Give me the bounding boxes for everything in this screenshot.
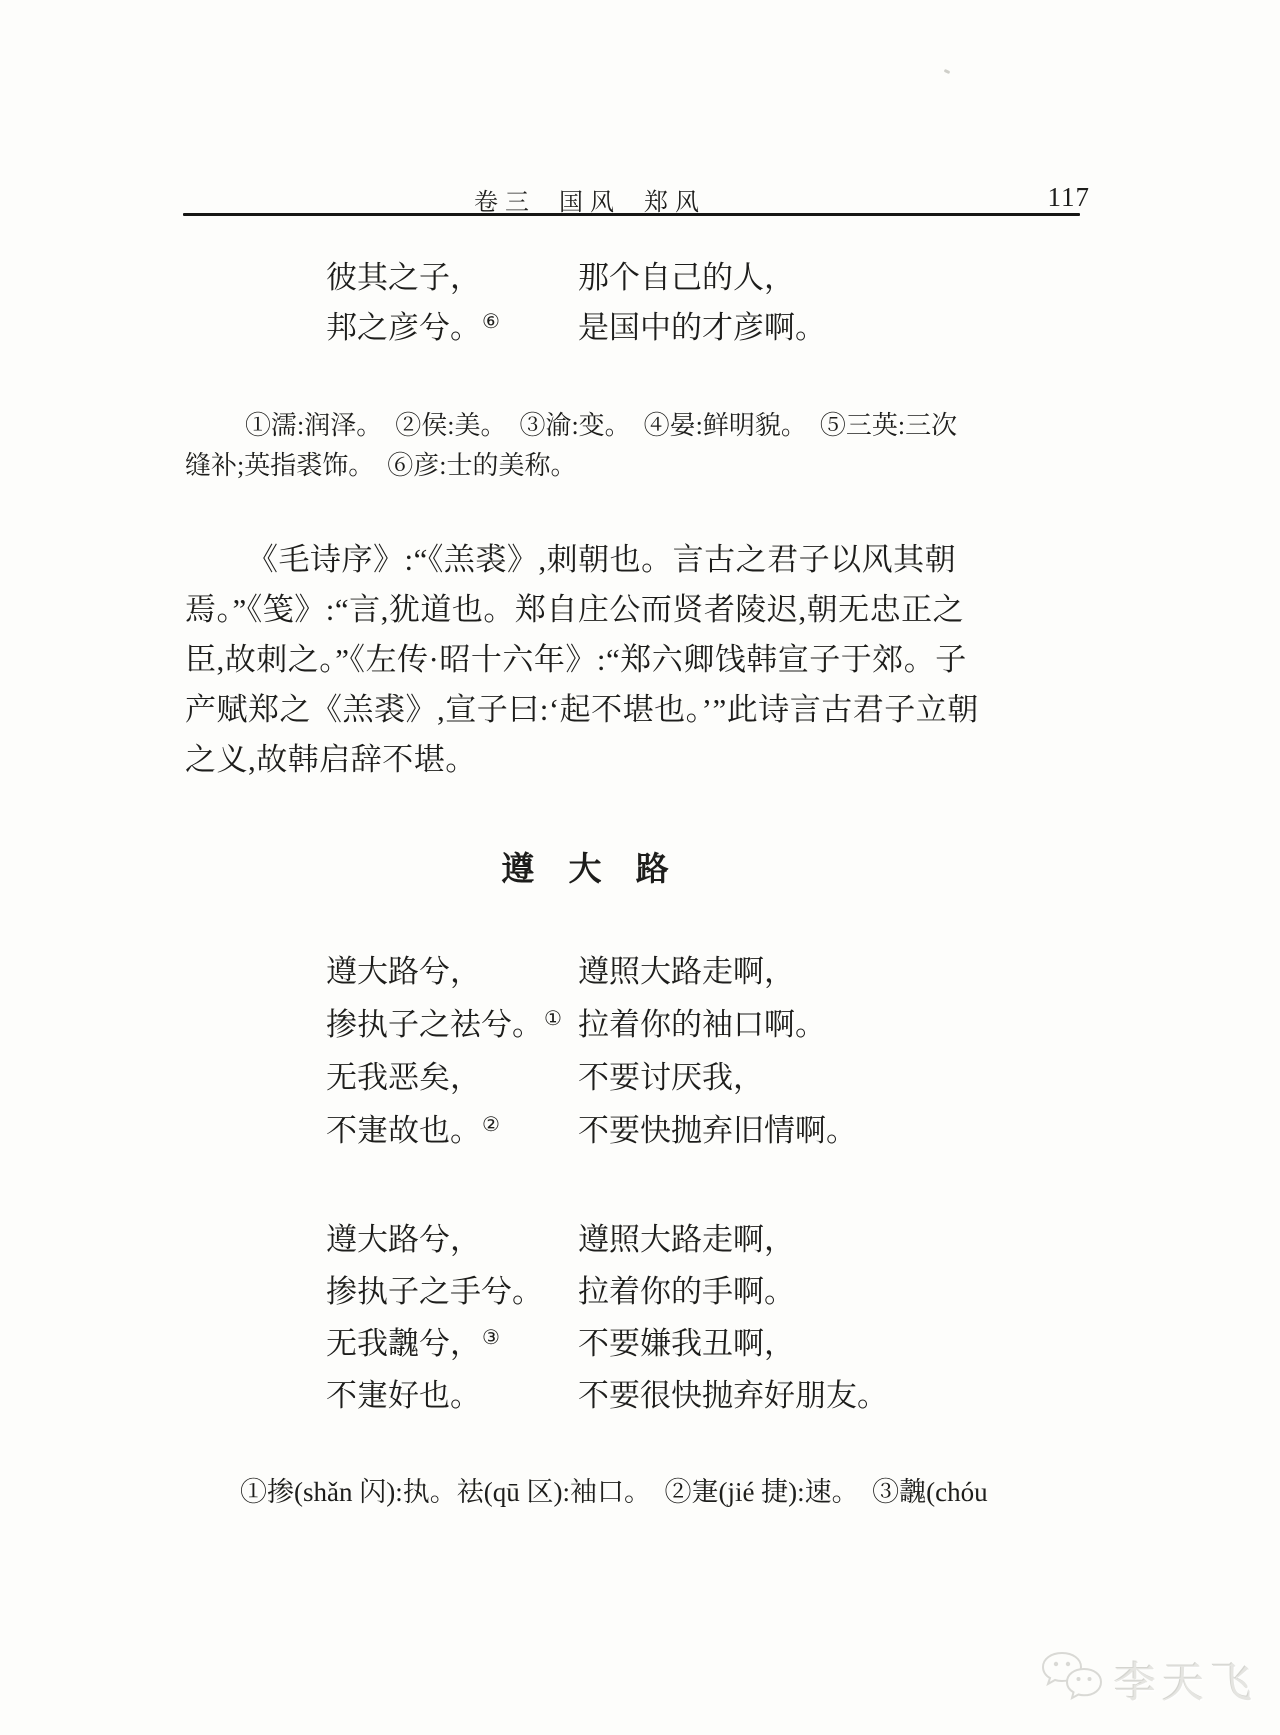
gaoqiu-footnotes: ①濡:润泽。 ②侯:美。 ③渝:变。 ④晏:鲜明貌。 ⑤三英:三次 缝补;英指裘… xyxy=(185,406,1045,486)
verse-line: 不寁故也。 xyxy=(326,1113,481,1148)
poem-row: 掺执子之手兮。 拉着你的手啊。 xyxy=(326,1266,1030,1318)
footnote-ref: ③ xyxy=(482,1327,500,1349)
verse-line: 掺执子之手兮。 xyxy=(326,1274,543,1309)
poem-row: 不寁故也。② 不要快抛弃旧情啊。 xyxy=(326,1105,1030,1158)
translation-line: 不要快抛弃旧情啊。 xyxy=(578,1113,857,1148)
translation-line: 拉着你的手啊。 xyxy=(578,1274,795,1309)
translation-line: 那个自己的人， xyxy=(578,260,795,295)
verse-line: 不寁好也。 xyxy=(326,1378,481,1413)
poem-title: 遵 大 路 xyxy=(185,843,985,890)
translation-line: 不要讨厌我， xyxy=(578,1060,764,1095)
translation-line: 不要很快抛弃好朋友。 xyxy=(578,1378,888,1413)
watermark-text: 李天飞 xyxy=(1114,1650,1258,1710)
poem-row: 无我魗兮，③ 不要嫌我丑啊， xyxy=(326,1318,1030,1370)
poem-row: 不寁好也。 不要很快抛弃好朋友。 xyxy=(326,1370,1030,1422)
verse-line: 掺执子之祛兮。 xyxy=(326,1007,543,1042)
footnote-line: 缝补;英指裘饰。 ⑥彦:士的美称。 xyxy=(185,446,1045,486)
zundalu-stanza-2: 遵大路兮， 遵照大路走啊， 掺执子之手兮。 拉着你的手啊。 无我魗兮，③ 不要嫌… xyxy=(326,1214,1030,1422)
running-head-title: 卷三 国风 郑风 xyxy=(185,182,995,217)
footnote-ref: ② xyxy=(482,1114,500,1136)
chat-bubbles-icon xyxy=(1038,1649,1108,1712)
translation-line: 遵照大路走啊， xyxy=(578,1222,795,1257)
verse-line: 邦之彦兮。 xyxy=(326,310,481,345)
poem-row: 遵大路兮， 遵照大路走啊， xyxy=(326,1214,1030,1266)
commentary-line: 臣,故刺之。”《左传·昭十六年》:“郑六卿饯韩宣子于郊。子 xyxy=(185,634,1045,684)
gaoqiu-couplet: 彼其之子， 那个自己的人， 邦之彦兮。⑥ 是国中的才彦啊。 xyxy=(326,252,1030,352)
poem-row: 邦之彦兮。⑥ 是国中的才彦啊。 xyxy=(326,302,1030,352)
commentary-line: 之义,故韩启辞不堪。 xyxy=(185,734,1045,784)
verse-line: 彼其之子， xyxy=(326,260,481,295)
footnote-line: ①濡:润泽。 ②侯:美。 ③渝:变。 ④晏:鲜明貌。 ⑤三英:三次 xyxy=(185,406,1045,446)
verse-line: 遵大路兮， xyxy=(326,1222,481,1257)
commentary-paragraph: 《毛诗序》:“《羔裘》,刺朝也。言古之君子以风其朝 焉。”《笺》:“言,犹道也。… xyxy=(185,534,1045,784)
scan-speck xyxy=(944,69,951,74)
page-number: 117 xyxy=(1030,182,1090,213)
poem-row: 无我恶矣， 不要讨厌我， xyxy=(326,1052,1030,1105)
translation-line: 遵照大路走啊， xyxy=(578,954,795,989)
commentary-line: 《毛诗序》:“《羔裘》,刺朝也。言古之君子以风其朝 xyxy=(185,534,1045,584)
poem-row: 彼其之子， 那个自己的人， xyxy=(326,252,1030,302)
zundalu-stanza-1: 遵大路兮， 遵照大路走啊， 掺执子之祛兮。① 拉着你的袖口啊。 无我恶矣， 不要… xyxy=(326,946,1030,1158)
verse-line: 无我魗兮， xyxy=(326,1326,481,1361)
footnote-ref: ① xyxy=(544,1008,562,1030)
commentary-line: 产赋郑之《羔裘》,宣子曰:‘起不堪也。’”此诗言古君子立朝 xyxy=(185,684,1045,734)
scanned-book-page: 卷三 国风 郑风 117 彼其之子， 那个自己的人， 邦之彦兮。⑥ 是国中的才彦… xyxy=(0,0,1280,1735)
footnote-ref: ⑥ xyxy=(482,311,500,333)
verse-line: 无我恶矣， xyxy=(326,1060,481,1095)
verse-line: 遵大路兮， xyxy=(326,954,481,989)
header-divider xyxy=(183,213,1080,216)
poem-row: 遵大路兮， 遵照大路走啊， xyxy=(326,946,1030,999)
translation-line: 拉着你的袖口啊。 xyxy=(578,1007,826,1042)
watermark: 李天飞 xyxy=(1038,1645,1268,1715)
translation-line: 不要嫌我丑啊， xyxy=(578,1326,795,1361)
zundalu-footnote-line: ①掺(shǎn 闪):执。祛(qū 区):袖口。 ②寁(jié 捷):速。 ③魗… xyxy=(240,1470,1040,1509)
commentary-line: 焉。”《笺》:“言,犹道也。郑自庄公而贤者陵迟,朝无忠正之 xyxy=(185,584,1045,634)
translation-line: 是国中的才彦啊。 xyxy=(578,310,826,345)
poem-row: 掺执子之祛兮。① 拉着你的袖口啊。 xyxy=(326,999,1030,1052)
